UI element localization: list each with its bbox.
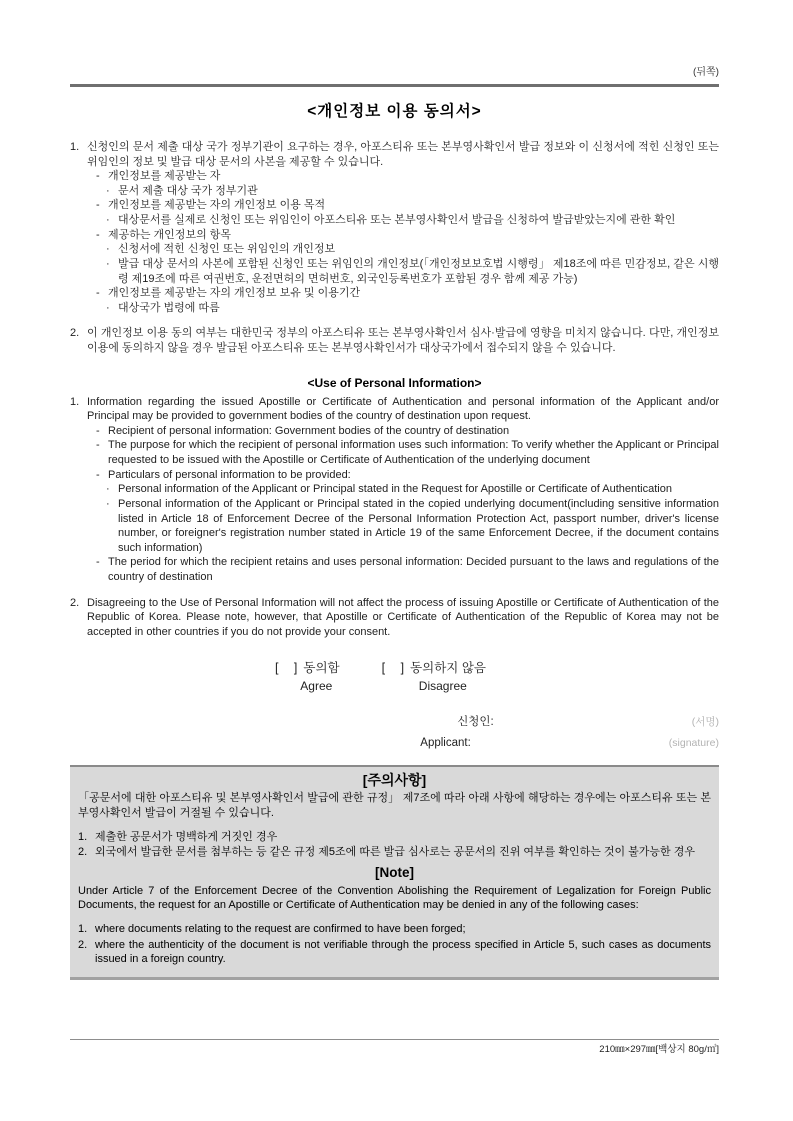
page-footer: 210㎜×297㎜[백상지 80g/㎡] [70,1039,719,1057]
notice-list-english: 1. where documents relating to the reque… [78,922,711,967]
sign-hint-korean: (서명) [692,716,719,730]
dash-marker: - [96,438,108,467]
paper-spec-label: 210㎜×297㎜[백상지 80g/㎡] [70,1044,719,1057]
sub-item: -개인정보를 제공받는 자의 개인정보 보유 및 이용기간 [96,286,719,301]
signature-row-korean: 신청인: (서명) [70,712,719,730]
agree-label-english: Agree [275,679,340,695]
sub-item: -개인정보를 제공받는 자의 개인정보 이용 목적 [96,198,719,213]
notice-list-korean: 1. 제출한 공문서가 명백하게 거짓인 경우 2. 외국에서 발급한 문서를 … [78,830,711,860]
item-text: 외국에서 발급한 문서를 첨부하는 등 같은 규정 제5조에 따른 발급 심사로… [95,845,711,860]
agree-label-korean: 동의함 [303,661,339,675]
sub-item: -The purpose for which the recipient of … [96,438,719,467]
sub-item-text: Personal information of the Applicant or… [118,497,719,556]
dash-marker: - [96,286,108,301]
sub-item: ·발급 대상 문서의 사본에 포함된 신청인 또는 위임인의 개인정보(「개인정… [106,257,719,286]
sub-item: -제공하는 개인정보의 항목 [96,228,719,243]
sub-item-text: 발급 대상 문서의 사본에 포함된 신청인 또는 위임인의 개인정보(「개인정보… [118,257,719,286]
sub-item-text: 대상국가 법령에 따름 [118,301,719,316]
signature-block: 신청인: (서명) Applicant: (signature) [70,712,719,752]
item-text: where the authenticity of the document i… [95,938,711,967]
notice-english-item-1: 1. where documents relating to the reque… [78,922,711,937]
notice-korean-item-2: 2. 외국에서 발급한 문서를 첨부하는 등 같은 규정 제5조에 따른 발급 … [78,845,711,860]
korean-item-1: 1. 신청인의 문서 제출 대상 국가 정부기관이 요구하는 경우, 아포스티유… [70,140,719,316]
korean-item-2: 2. 이 개인정보 이용 동의 여부는 대한민국 정부의 아포스티유 또는 본부… [70,326,719,355]
top-divider [70,84,719,87]
agree-option: [ ]동의함 Agree [275,660,340,696]
english-item-1: 1. Information regarding the issued Apos… [70,395,719,585]
dash-marker: - [96,468,108,483]
item-number: 1. [70,140,87,316]
dot-marker: · [106,213,118,228]
item-number: 2. [70,596,87,640]
item-text: Information regarding the issued Apostil… [87,395,719,424]
item-number: 2. [78,845,95,860]
notice-title-korean: [주의사항] [78,771,711,790]
item-text: where documents relating to the request … [95,922,711,937]
sub-item-text: Recipient of personal information: Gover… [108,424,719,439]
sub-item-text: Personal information of the Applicant or… [118,482,719,497]
korean-consent-section: 1. 신청인의 문서 제출 대상 국가 정부기관이 요구하는 경우, 아포스티유… [70,140,719,356]
dash-marker: - [96,424,108,439]
sub-item-text: 신청서에 적힌 신청인 또는 위임인의 개인정보 [118,242,719,257]
notice-intro-korean: 「공문서에 대한 아포스티유 및 본부영사확인서 발급에 관한 규정」 제7조에… [78,791,711,820]
item-text: Disagreeing to the Use of Personal Infor… [87,596,719,640]
dot-marker: · [106,257,118,286]
sub-item: ·문서 제출 대상 국가 정부기관 [106,184,719,199]
dash-marker: - [96,169,108,184]
item-number: 1. [78,922,95,937]
notice-korean-item-1: 1. 제출한 공문서가 명백하게 거짓인 경우 [78,830,711,845]
english-item-2: 2. Disagreeing to the Use of Personal In… [70,596,719,640]
sub-item: ·Personal information of the Applicant o… [106,482,719,497]
sub-item: ·대상문서를 실제로 신청인 또는 위임인이 아포스티유 또는 본부영사확인서 … [106,213,719,228]
notice-intro-english: Under Article 7 of the Enforcement Decre… [78,884,711,913]
dot-marker: · [106,482,118,497]
item-text: 신청인의 문서 제출 대상 국가 정부기관이 요구하는 경우, 아포스티유 또는… [87,140,719,169]
item-number: 1. [78,830,95,845]
sub-item-text: Particulars of personal information to b… [108,468,719,483]
sub-item: ·신청서에 적힌 신청인 또는 위임인의 개인정보 [106,242,719,257]
sub-item-text: The period for which the recipient retai… [108,555,719,584]
back-side-label: (뒤쪽) [70,66,719,79]
sub-item: -개인정보를 제공받는 자 [96,169,719,184]
sub-item-text: 대상문서를 실제로 신청인 또는 위임인이 아포스티유 또는 본부영사확인서 발… [118,213,719,228]
applicant-signature-field[interactable] [494,712,692,725]
sub-item-text: 개인정보를 제공받는 자의 개인정보 이용 목적 [108,198,719,213]
sub-item: ·대상국가 법령에 따름 [106,301,719,316]
applicant-label-english: Applicant: [420,736,471,751]
signature-row-english: Applicant: (signature) [70,733,719,751]
sub-item: -The period for which the recipient reta… [96,555,719,584]
dot-marker: · [106,184,118,199]
notice-english-item-2: 2. where the authenticity of the documen… [78,938,711,967]
footer-divider [70,1039,719,1040]
item-text: 이 개인정보 이용 동의 여부는 대한민국 정부의 아포스티유 또는 본부영사확… [87,326,719,355]
sub-item-text: 제공하는 개인정보의 항목 [108,228,719,243]
sub-item: ·Personal information of the Applicant o… [106,497,719,556]
dot-marker: · [106,301,118,316]
dot-marker: · [106,242,118,257]
item-text: 제출한 공문서가 명백하게 거짓인 경우 [95,830,711,845]
dash-marker: - [96,228,108,243]
dot-marker: · [106,497,118,556]
disagree-checkbox[interactable]: [ ] [382,661,410,675]
sub-item: -Particulars of personal information to … [96,468,719,483]
notice-title-english: [Note] [78,864,711,882]
form-title-korean: <개인정보 이용 동의서> [70,102,719,123]
dash-marker: - [96,555,108,584]
sub-item: -Recipient of personal information: Gove… [96,424,719,439]
consent-form-page: (뒤쪽) <개인정보 이용 동의서> 1. 신청인의 문서 제출 대상 국가 정… [0,0,793,1121]
item-number: 1. [70,395,87,585]
dash-marker: - [96,198,108,213]
applicant-label-korean: 신청인: [457,715,494,730]
item-number: 2. [78,938,95,967]
sub-item-text: 개인정보를 제공받는 자의 개인정보 보유 및 이용기간 [108,286,719,301]
sub-item-text: The purpose for which the recipient of p… [108,438,719,467]
sign-hint-english: (signature) [669,737,719,751]
disagree-label-korean: 동의하지 않음 [410,661,486,675]
english-consent-section: 1. Information regarding the issued Apos… [70,395,719,640]
sub-item-text: 문서 제출 대상 국가 정부기관 [118,184,719,199]
sub-item-text: 개인정보를 제공받는 자 [108,169,719,184]
consent-choice-row: [ ]동의함 Agree [ ]동의하지 않음 Disagree [56,660,705,696]
disagree-option: [ ]동의하지 않음 Disagree [382,660,486,696]
applicant-signature-field[interactable] [471,733,669,746]
disagree-label-english: Disagree [382,679,486,695]
form-title-english: <Use of Personal Information> [70,376,719,392]
notice-box: [주의사항] 「공문서에 대한 아포스티유 및 본부영사확인서 발급에 관한 규… [70,765,719,980]
agree-checkbox[interactable]: [ ] [275,661,303,675]
item-number: 2. [70,326,87,355]
